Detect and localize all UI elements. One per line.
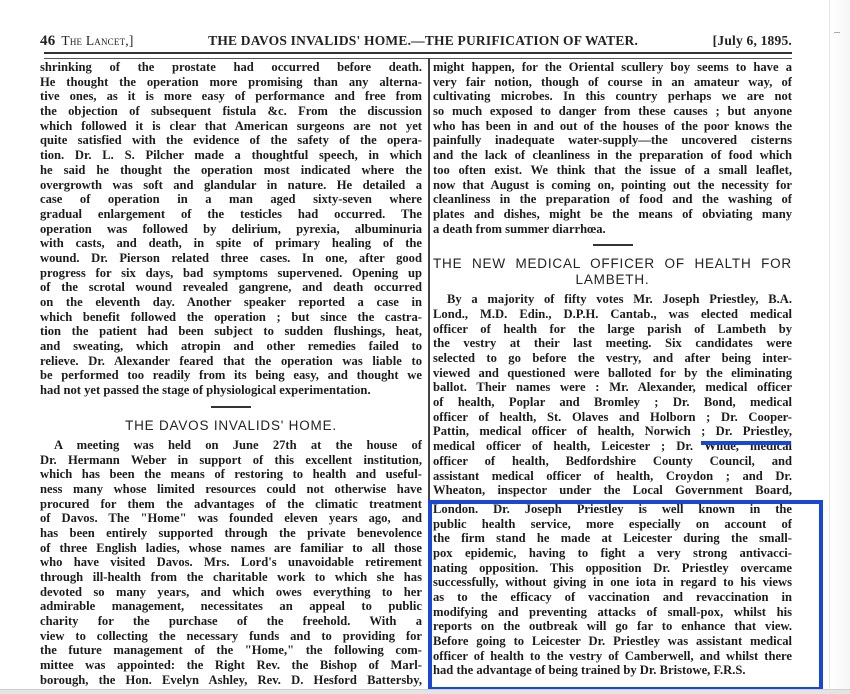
text-line: had not yet passed the stage of physiolo… — [40, 383, 422, 398]
text-line: of the scrotal wound revealed gangrene, … — [40, 280, 422, 295]
text-line: painfully inadequate water-supply—the un… — [433, 133, 792, 148]
text-line: who has been in and out of the houses of… — [433, 119, 792, 134]
viewer-right-edge — [829, 0, 850, 694]
text-line: procured for them the advantages of the … — [40, 497, 422, 512]
text-line: a death from summer diarrhœa. — [433, 222, 792, 237]
text-line: very fair notion, though of course in an… — [433, 75, 792, 90]
text-line: too often exist. We think that the issue… — [433, 163, 792, 178]
text-line: cultivating microbes. In this country pe… — [433, 89, 792, 104]
viewer-bottom-edge — [0, 689, 850, 694]
issue-date: [July 6, 1895. — [713, 33, 792, 49]
text-line: through ill-health from the charitable w… — [40, 570, 422, 585]
text-line: operation was followed by delirium, pyre… — [40, 222, 422, 237]
text-line: has been entirely supported through the … — [40, 526, 422, 541]
text-line: mittee was appointed: the Right Rev. the… — [40, 658, 422, 673]
text-line: progress for six days, bad symptoms supe… — [40, 266, 422, 281]
text-line: overgrowth was soft and glandular in nat… — [40, 178, 422, 193]
running-head: 46 The Lancet,] THE DAVOS INVALIDS' HOME… — [40, 33, 792, 53]
text-line: Dr. Hermann Weber in support of this exc… — [40, 453, 422, 468]
text-line: had the advantage of being trained by Dr… — [433, 663, 792, 678]
running-head-left: 46 The Lancet,] — [40, 33, 134, 50]
text-line: relieve. Dr. Alexander feared that the o… — [40, 354, 422, 369]
text-line: officer of health to the vestry of Cambe… — [433, 649, 792, 664]
text-line: tion. Dr. L. S. Pilcher made a thoughtfu… — [40, 148, 422, 163]
text-line: be performed too readily from its being … — [40, 368, 422, 383]
text-line: pox epidemic, having to fight a very str… — [433, 546, 792, 561]
scanned-journal-page: 46 The Lancet,] THE DAVOS INVALIDS' HOME… — [0, 0, 850, 694]
prostate-discussion-paragraph: shrinking of the prostate had occurred b… — [40, 60, 422, 398]
text-line: view to collecting the necessary funds a… — [40, 629, 422, 644]
lambeth-paragraph: By a majority of fifty votes Mr. Joseph … — [433, 292, 792, 498]
davos-paragraph: A meeting was held on June 27th at the h… — [40, 438, 422, 688]
text-line: He thought the operation more promising … — [40, 75, 422, 90]
text-line: quite satisfied with the evidence of the… — [40, 133, 422, 148]
text-line: By a majority of fifty votes Mr. Joseph … — [433, 292, 792, 307]
section-title-davos: THE DAVOS INVALIDS' HOME. — [40, 418, 422, 434]
underline-annotation — [701, 441, 791, 445]
text-line: now that August is coming on, pointing o… — [433, 178, 792, 193]
text-line: tion the patient had been subject to sud… — [40, 324, 422, 339]
journal-name: The Lancet,] — [61, 33, 133, 49]
text-line: case of operation in a man aged sixty-se… — [40, 192, 422, 207]
text-line: on the eleventh day. Another speaker rep… — [40, 295, 422, 310]
water-purification-paragraph: might happen, for the Oriental scullery … — [433, 60, 792, 236]
text-line: which has been the means of restoring to… — [40, 467, 422, 482]
text-line: tive ones, as it is more easy of perform… — [40, 89, 422, 104]
text-line: plates and dishes, might be the means of… — [433, 207, 792, 222]
section-separator — [211, 406, 251, 408]
text-line: cleanliness in the preparation of food a… — [433, 192, 792, 207]
text-line: of three English ladies, whose names are… — [40, 541, 422, 556]
text-line: officer of health, Bedfordshire County C… — [433, 454, 792, 469]
text-line: successfully, without giving in one iota… — [433, 575, 792, 590]
text-line: of health, Poplar and Bromley ; Dr. Bond… — [433, 395, 792, 410]
section-title-lambeth-line-1: THE NEW MEDICAL OFFICER OF HEALTH FOR — [433, 256, 792, 272]
text-line: of Davos. The "Home" was founded eleven … — [40, 511, 422, 526]
text-line: ness many whose limited resources could … — [40, 482, 422, 497]
text-line: Before going to Leicester Dr. Priestley … — [433, 634, 792, 649]
highlighted-passage: London. Dr. Joseph Priestley is well kno… — [433, 502, 792, 678]
text-line: A meeting was held on June 27th at the h… — [40, 438, 422, 453]
text-line: assistant medical officer of health, Cro… — [433, 469, 792, 484]
text-line: the firm stand he made at Leicester duri… — [433, 531, 792, 546]
header-rule — [44, 52, 792, 59]
text-line: which benefit followed the operation ; b… — [40, 310, 422, 325]
text-line: selected to go before the vestry, and af… — [433, 351, 792, 366]
text-line: wound. Dr. Pierson related three cases. … — [40, 251, 422, 266]
text-line: so much exposed to danger from these cau… — [433, 104, 792, 119]
text-line: and the lack of cleanliness in the prepa… — [433, 148, 792, 163]
text-line: Pattin, medical officer of health, Norwi… — [433, 424, 792, 439]
text-line: charity for the purchase of the freehold… — [40, 614, 422, 629]
text-line: viewed and questioned were balloted for … — [433, 366, 792, 381]
text-line: and sweating, which atropin and other re… — [40, 339, 422, 354]
text-line: he said he thought the operation most in… — [40, 163, 422, 178]
text-line: the vestry at their last meeting. Six ca… — [433, 336, 792, 351]
text-line: London. Dr. Joseph Priestley is well kno… — [433, 502, 792, 517]
column-divider — [428, 58, 430, 694]
section-separator — [593, 244, 633, 246]
text-line: as to the efficacy of vaccination and re… — [433, 590, 792, 605]
text-line: admirable management, necessitates an ap… — [40, 599, 422, 614]
left-column: shrinking of the prostate had occurred b… — [40, 60, 422, 688]
right-column: might happen, for the Oriental scullery … — [433, 60, 792, 678]
text-line: officer of health, St. Olaves and Holbor… — [433, 410, 792, 425]
text-line: the objection of subsequent fistula &c. … — [40, 104, 422, 119]
text-line: might happen, for the Oriental scullery … — [433, 60, 792, 75]
page-number: 46 — [40, 33, 55, 50]
text-line: with casts, and death, in spite of prima… — [40, 236, 422, 251]
text-line: borough, the Hon. Evelyn Ashley, Rev. D.… — [40, 673, 422, 688]
text-line: public health service, more especially o… — [433, 517, 792, 532]
text-line: devoted so many years, and which owes ev… — [40, 585, 422, 600]
text-line: officer of health for the large parish o… — [433, 322, 792, 337]
text-line: Wheaton, inspector under the Local Gover… — [433, 483, 792, 498]
text-line: who have visited Davos. Mrs. Lord's unav… — [40, 555, 422, 570]
text-line: nating opposition. This opposition Dr. P… — [433, 561, 792, 576]
text-line: reports on the outbreak will go far to e… — [433, 619, 792, 634]
text-line: shrinking of the prostate had occurred b… — [40, 60, 422, 75]
text-line: the future management of the "Home," the… — [40, 643, 422, 658]
text-line: ballot. Their names were : Mr. Alexander… — [433, 380, 792, 395]
running-title: THE DAVOS INVALIDS' HOME.—THE PURIFICATI… — [208, 33, 638, 49]
edge-tick — [834, 32, 840, 33]
section-title-lambeth-line-2: LAMBETH. — [433, 272, 792, 288]
text-line: Lond., M.D. Edin., D.P.H. Cantab., was e… — [433, 307, 792, 322]
text-line: modifying and preventing attacks of smal… — [433, 605, 792, 620]
text-line: gradual enlargement of the testicles had… — [40, 207, 422, 222]
text-line: which followed it is clear that American… — [40, 119, 422, 134]
